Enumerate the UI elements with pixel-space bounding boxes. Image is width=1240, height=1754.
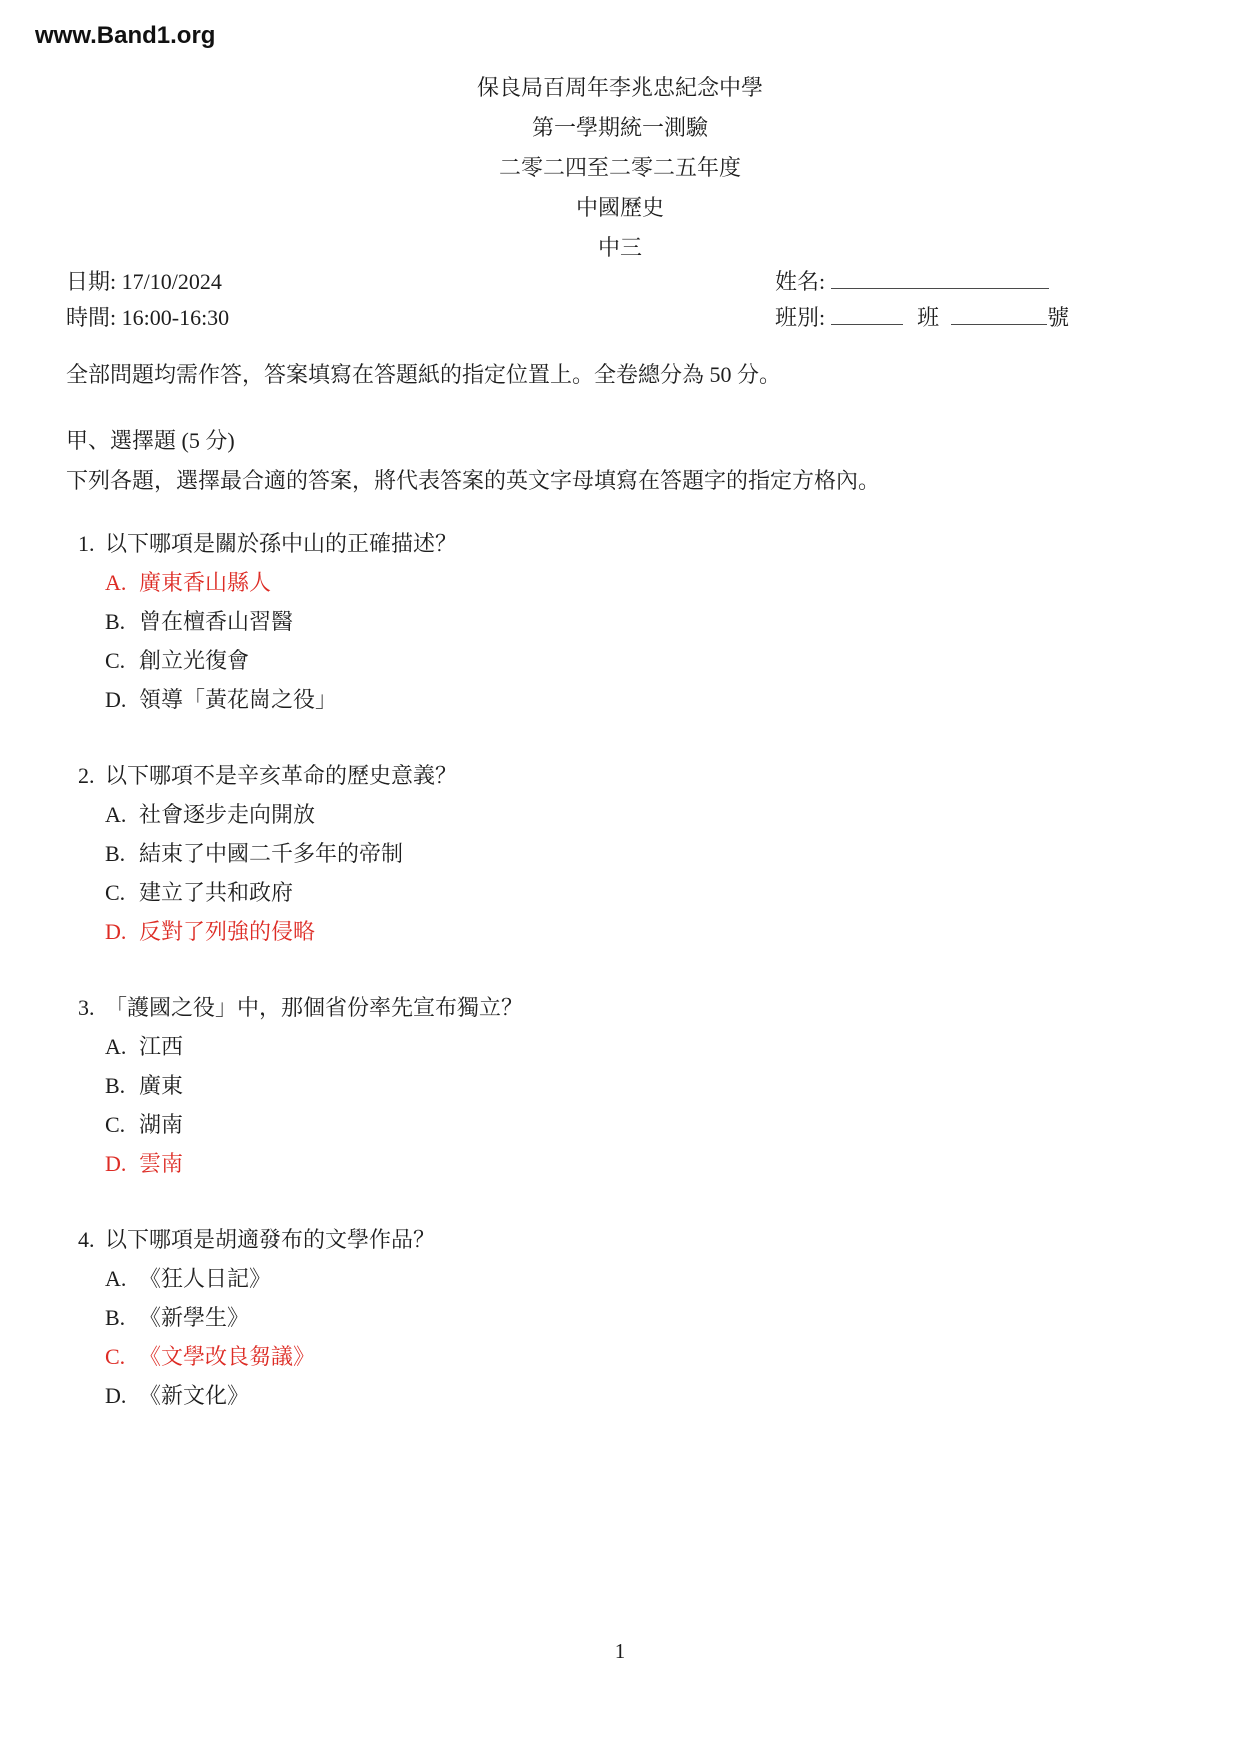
option-letter: B.	[105, 834, 139, 873]
question-number: 1.	[78, 524, 105, 563]
option-letter: A.	[105, 1259, 139, 1298]
date-value: 17/10/2024	[122, 269, 222, 294]
option-text: 《新學生》	[139, 1298, 1200, 1337]
question-list: 1.以下哪項是關於孫中山的正確描述？A.廣東香山縣人B.曾在檀香山習醫C.創立光…	[66, 524, 1200, 1452]
time-line: 時間: 16:00-16:30	[66, 300, 229, 336]
question-number: 2.	[78, 756, 105, 795]
question-4-option-b: B.《新學生》	[105, 1298, 1200, 1337]
question-text: 「護國之役」中，那個省份率先宣布獨立？	[105, 988, 1200, 1027]
question-1: 1.以下哪項是關於孫中山的正確描述？A.廣東香山縣人B.曾在檀香山習醫C.創立光…	[66, 524, 1200, 719]
section-a-subtitle: 下列各題，選擇最合適的答案，將代表答案的英文字母填寫在答題字的指定方格內。	[66, 461, 1200, 501]
option-letter: A.	[105, 1027, 139, 1066]
class-line: 班別:班號	[775, 300, 1069, 336]
question-number: 3.	[78, 988, 105, 1027]
option-text: 社會逐步走向開放	[139, 795, 1200, 834]
option-text: 創立光復會	[139, 641, 1200, 680]
question-3: 3.「護國之役」中，那個省份率先宣布獨立？A.江西B.廣東C.湖南D.雲南	[66, 988, 1200, 1183]
info-left-column: 日期: 17/10/2024 時間: 16:00-16:30	[66, 264, 229, 336]
class-label: 班別:	[775, 305, 825, 330]
question-3-option-a: A.江西	[105, 1027, 1200, 1066]
option-letter: D.	[105, 912, 139, 951]
question-2-option-b: B.結束了中國二千多年的帝制	[105, 834, 1200, 873]
site-watermark: www.Band1.org	[35, 22, 215, 50]
question-1-option-b: B.曾在檀香山習醫	[105, 602, 1200, 641]
question-2-option-d: D.反對了列強的侵略	[105, 912, 1200, 951]
option-text: 建立了共和政府	[139, 873, 1200, 912]
question-1-option-a: A.廣東香山縣人	[105, 563, 1200, 602]
question-2-option-c: C.建立了共和政府	[105, 873, 1200, 912]
class-suffix: 班	[917, 305, 939, 330]
question-2-option-a: A.社會逐步走向開放	[105, 795, 1200, 834]
question-text: 以下哪項是胡適發布的文學作品？	[105, 1220, 1200, 1259]
general-instructions: 全部問題均需作答，答案填寫在答題紙的指定位置上。全卷總分為 50 分。	[66, 356, 1200, 394]
section-a: 甲、選擇題 (5 分) 下列各題，選擇最合適的答案，將代表答案的英文字母填寫在答…	[66, 421, 1200, 501]
question-1-option-c: C.創立光復會	[105, 641, 1200, 680]
option-letter: C.	[105, 641, 139, 680]
question-number: 4.	[78, 1220, 105, 1259]
subject-title: 中國歷史	[0, 188, 1240, 228]
question-4-option-c: C.《文學改良芻議》	[105, 1337, 1200, 1376]
option-letter: B.	[105, 1066, 139, 1105]
school-name: 保良局百周年李兆忠紀念中學	[0, 68, 1240, 108]
time-label: 時間:	[66, 305, 116, 330]
option-text: 《新文化》	[139, 1376, 1200, 1415]
question-3-option-d: D.雲南	[105, 1144, 1200, 1183]
option-text: 《文學改良芻議》	[139, 1337, 1200, 1376]
option-text: 曾在檀香山習醫	[139, 602, 1200, 641]
seat-suffix: 號	[1047, 305, 1069, 330]
date-label: 日期:	[66, 269, 116, 294]
school-year: 二零二四至二零二五年度	[0, 148, 1240, 188]
name-label: 姓名:	[775, 269, 825, 294]
option-text: 湖南	[139, 1105, 1200, 1144]
option-text: 《狂人日記》	[139, 1259, 1200, 1298]
question-4-option-a: A.《狂人日記》	[105, 1259, 1200, 1298]
option-text: 廣東	[139, 1066, 1200, 1105]
question-3-stem: 3.「護國之役」中，那個省份率先宣布獨立？	[66, 988, 1200, 1027]
question-4-option-d: D.《新文化》	[105, 1376, 1200, 1415]
option-letter: D.	[105, 1376, 139, 1415]
option-letter: B.	[105, 602, 139, 641]
option-text: 廣東香山縣人	[139, 563, 1200, 602]
option-letter: A.	[105, 563, 139, 602]
question-text: 以下哪項不是辛亥革命的歷史意義？	[105, 756, 1200, 795]
question-1-stem: 1.以下哪項是關於孫中山的正確描述？	[66, 524, 1200, 563]
question-1-option-d: D.領導「黃花崗之役」	[105, 680, 1200, 719]
question-2: 2.以下哪項不是辛亥革命的歷史意義？A.社會逐步走向開放B.結束了中國二千多年的…	[66, 756, 1200, 951]
question-4-stem: 4.以下哪項是胡適發布的文學作品？	[66, 1220, 1200, 1259]
option-letter: C.	[105, 873, 139, 912]
question-3-option-b: B.廣東	[105, 1066, 1200, 1105]
option-letter: B.	[105, 1298, 139, 1337]
option-text: 雲南	[139, 1144, 1200, 1183]
section-a-title: 甲、選擇題 (5 分)	[66, 421, 1200, 461]
option-text: 結束了中國二千多年的帝制	[139, 834, 1200, 873]
question-text: 以下哪項是關於孫中山的正確描述？	[105, 524, 1200, 563]
time-value: 16:00-16:30	[122, 305, 230, 330]
question-3-option-c: C.湖南	[105, 1105, 1200, 1144]
question-4: 4.以下哪項是胡適發布的文學作品？A.《狂人日記》B.《新學生》C.《文學改良芻…	[66, 1220, 1200, 1415]
seat-blank-field	[951, 300, 1047, 325]
option-text: 領導「黃花崗之役」	[139, 680, 1200, 719]
question-2-stem: 2.以下哪項不是辛亥革命的歷史意義？	[66, 756, 1200, 795]
exam-title: 第一學期統一測驗	[0, 108, 1240, 148]
option-letter: C.	[105, 1105, 139, 1144]
date-line: 日期: 17/10/2024	[66, 264, 229, 300]
name-line: 姓名:	[775, 264, 1069, 300]
class-blank-field	[831, 300, 903, 325]
form-level: 中三	[0, 228, 1240, 268]
option-text: 江西	[139, 1027, 1200, 1066]
exam-header: 保良局百周年李兆忠紀念中學 第一學期統一測驗 二零二四至二零二五年度 中國歷史 …	[0, 68, 1240, 268]
page-number: 1	[0, 1632, 1240, 1670]
option-letter: C.	[105, 1337, 139, 1376]
option-letter: D.	[105, 1144, 139, 1183]
info-right-column: 姓名: 班別:班號	[775, 264, 1069, 336]
name-blank-field	[831, 264, 1049, 289]
option-text: 反對了列強的侵略	[139, 912, 1200, 951]
option-letter: A.	[105, 795, 139, 834]
option-letter: D.	[105, 680, 139, 719]
